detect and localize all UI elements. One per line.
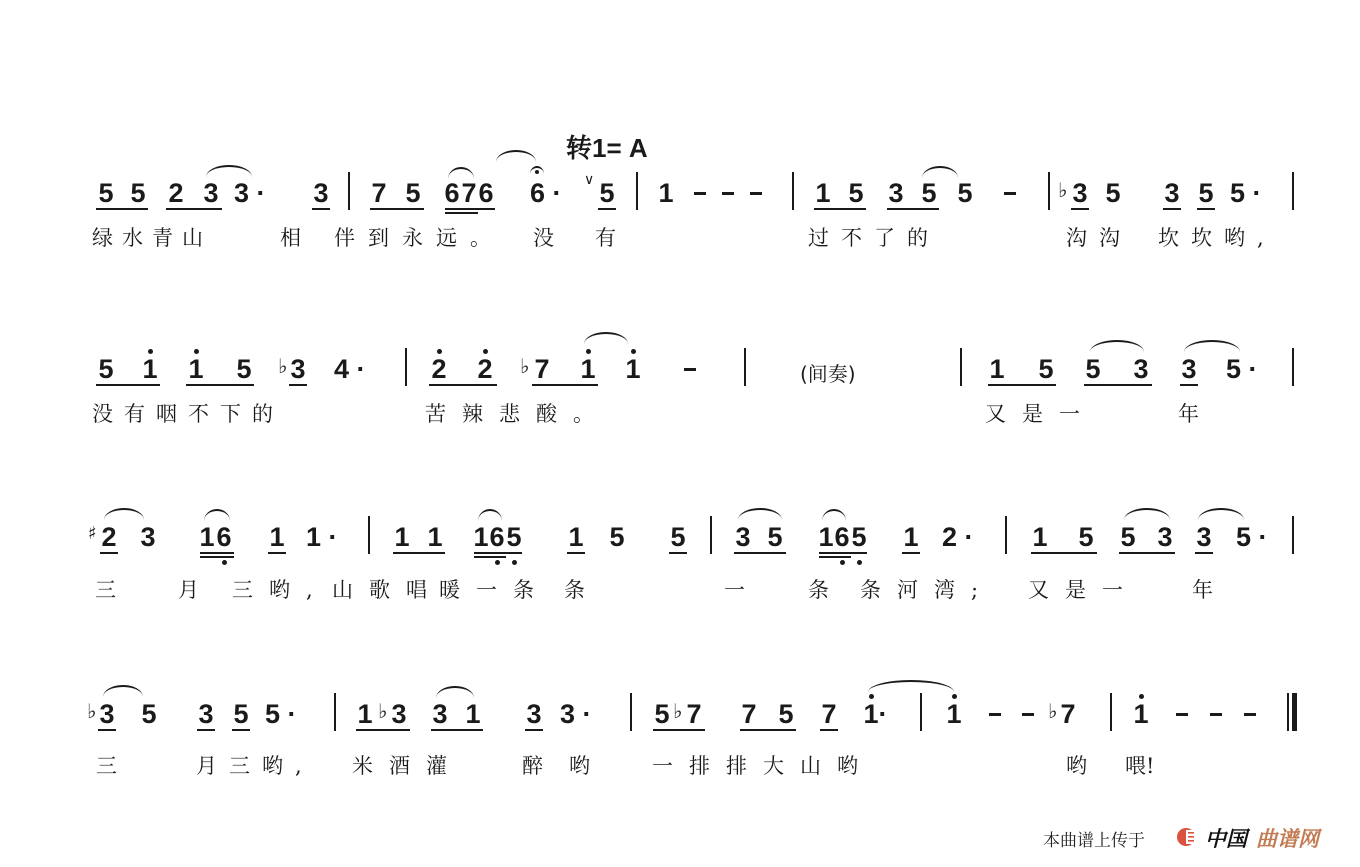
sustain-dash	[1210, 713, 1222, 716]
note: 1	[818, 522, 834, 552]
note: 7	[461, 178, 477, 208]
note: 1	[355, 699, 375, 729]
note: 5	[607, 522, 627, 552]
upload-text: 本曲谱上传于	[1043, 826, 1145, 851]
sustain-dash	[1244, 713, 1256, 716]
lyric: 哟	[1066, 754, 1087, 778]
note: 5	[506, 522, 522, 552]
lyric: 山歌唱	[332, 578, 443, 602]
note: 1	[199, 522, 215, 552]
sustain-dash	[1176, 713, 1188, 716]
lyric: 暖一条	[439, 578, 550, 602]
lyric: 过不了的	[808, 226, 940, 250]
note: 1	[566, 522, 586, 552]
note: 3	[1070, 178, 1090, 208]
slur	[496, 150, 536, 162]
flat-icon: ♭	[1048, 701, 1057, 721]
underline	[819, 552, 867, 554]
lyric: 条	[564, 578, 585, 602]
sustain-dash	[694, 192, 706, 195]
lyric: 醉哟	[522, 754, 616, 778]
underline	[200, 552, 234, 554]
note: 5	[1083, 354, 1103, 384]
barline	[405, 348, 407, 386]
underline	[186, 384, 254, 386]
underline	[474, 556, 506, 558]
site-logo-icon	[1176, 827, 1196, 847]
note: 1	[623, 354, 643, 384]
barline	[1005, 516, 1007, 554]
note: 1	[1030, 522, 1050, 552]
barline	[1292, 516, 1294, 554]
note: 7	[1058, 699, 1078, 729]
lyric: 条河湾;	[860, 578, 994, 602]
note: ·	[876, 699, 890, 729]
note: 1	[578, 354, 598, 384]
lyric: 三	[95, 578, 116, 602]
note: 5	[1036, 354, 1056, 384]
note: 5	[1076, 522, 1096, 552]
underline	[429, 384, 497, 386]
logo-text-site: 曲谱网	[1256, 823, 1319, 853]
barline	[1048, 172, 1050, 210]
high-octave-dot	[631, 349, 636, 354]
underline	[734, 552, 786, 554]
note: 7	[532, 354, 552, 384]
underline	[100, 552, 118, 554]
underline	[1071, 208, 1089, 210]
lyric: 月三哟,	[196, 754, 314, 778]
lyric: 没有咽不下的	[92, 402, 284, 426]
barline	[744, 348, 746, 386]
key-change-label: 转1= A	[566, 128, 648, 165]
note: 5	[846, 178, 866, 208]
underline	[814, 208, 866, 210]
note: 1	[656, 178, 676, 208]
note: 5	[668, 522, 688, 552]
lyric: 苦辣悲酸。	[425, 402, 610, 426]
flat-icon: ♭	[520, 356, 529, 376]
tie	[104, 508, 144, 520]
note: 1	[944, 699, 964, 729]
note: 3	[733, 522, 753, 552]
underline	[669, 552, 687, 554]
lyric: 三	[96, 754, 117, 778]
underline	[96, 208, 148, 210]
underline	[1031, 552, 1097, 554]
note: 5	[1103, 178, 1123, 208]
note: 5	[955, 178, 975, 208]
lyric: 条	[808, 578, 829, 602]
note: 3 ·	[560, 699, 594, 729]
note: 5	[765, 522, 785, 552]
sustain-dash	[989, 713, 1001, 716]
note: 1	[813, 178, 833, 208]
note: 3	[430, 699, 450, 729]
underline	[98, 729, 116, 731]
note: 3	[524, 699, 544, 729]
note: 1 ·	[306, 522, 340, 552]
underline	[598, 208, 616, 210]
tie	[1090, 340, 1144, 352]
barline	[920, 693, 922, 731]
fermata-dot	[535, 170, 539, 174]
note: 7	[369, 178, 389, 208]
note: 3	[1155, 522, 1175, 552]
final-barline-thin	[1287, 693, 1289, 731]
note: 5	[231, 699, 251, 729]
underline	[887, 208, 939, 210]
underline	[1180, 384, 1198, 386]
barline	[792, 172, 794, 210]
barline	[1292, 172, 1294, 210]
note: 3 ·	[234, 178, 268, 208]
note: 5	[597, 178, 617, 208]
lyric: 绿水青山	[92, 226, 212, 250]
note: 1	[186, 354, 206, 384]
note: 1	[392, 522, 412, 552]
barline	[960, 348, 962, 386]
underline	[356, 729, 410, 731]
underline	[232, 729, 250, 731]
note: 3	[1131, 354, 1151, 384]
tie	[1198, 508, 1244, 520]
lyric: 坎坎哟,	[1158, 226, 1276, 250]
underline	[820, 729, 838, 731]
note: 3	[138, 522, 158, 552]
flat-icon: ♭	[1058, 180, 1067, 200]
note: 6	[489, 522, 505, 552]
underline	[532, 384, 598, 386]
final-barline-thick	[1292, 693, 1297, 731]
flat-icon: ♭	[278, 356, 287, 376]
flat-icon: ♭	[673, 701, 682, 721]
note: 5 ·	[1236, 522, 1270, 552]
note: 1	[987, 354, 1007, 384]
lyric: 又是一	[985, 402, 1096, 426]
underline	[289, 384, 307, 386]
tie	[868, 680, 954, 692]
underline	[1119, 552, 1175, 554]
barline	[630, 693, 632, 731]
tie	[436, 686, 474, 698]
note: 5	[1196, 178, 1216, 208]
underline	[431, 729, 483, 731]
underline	[370, 208, 424, 210]
note: 6	[478, 178, 494, 208]
note: 2	[475, 354, 495, 384]
interlude-label: (间奏)	[800, 358, 856, 387]
underline	[312, 208, 330, 210]
logo-text-china: 中国	[1205, 823, 1247, 853]
high-octave-dot	[1139, 694, 1144, 699]
note: 1	[901, 522, 921, 552]
note: 2 ·	[942, 522, 976, 552]
sustain-dash	[1004, 192, 1016, 195]
low-octave-dot	[495, 560, 500, 565]
underline	[1197, 208, 1215, 210]
underline	[988, 384, 1056, 386]
low-octave-dot	[222, 560, 227, 565]
note: 1	[425, 522, 445, 552]
underline	[740, 729, 796, 731]
note: 3	[1162, 178, 1182, 208]
high-octave-dot	[869, 694, 874, 699]
underline	[1084, 384, 1152, 386]
tie	[822, 509, 846, 521]
barline	[334, 693, 336, 731]
tie	[584, 332, 628, 344]
note: 7	[739, 699, 759, 729]
note: 1	[473, 522, 489, 552]
note: 1	[267, 522, 287, 552]
tie	[922, 166, 958, 178]
high-octave-dot	[952, 694, 957, 699]
note: 3	[97, 699, 117, 729]
lyric: 米酒灌	[352, 754, 463, 778]
note: 5	[403, 178, 423, 208]
barline	[1110, 693, 1112, 731]
underline	[268, 552, 286, 554]
tie	[103, 685, 143, 697]
low-octave-dot	[840, 560, 845, 565]
high-octave-dot	[148, 349, 153, 354]
sustain-dash	[1022, 713, 1034, 716]
sustain-dash	[722, 192, 734, 195]
underline	[653, 729, 705, 731]
tie	[738, 508, 782, 520]
lyric: 沟沟	[1066, 226, 1132, 250]
note: 2	[166, 178, 186, 208]
tie	[478, 509, 502, 521]
note: 5 ·	[1226, 354, 1260, 384]
tie	[206, 165, 252, 177]
high-octave-dot	[194, 349, 199, 354]
note: 1	[463, 699, 483, 729]
note: 5	[1118, 522, 1138, 552]
flat-icon: ♭	[378, 701, 387, 721]
barline	[1292, 348, 1294, 386]
underline	[96, 384, 160, 386]
underline	[525, 729, 543, 731]
lyric: 相	[280, 226, 301, 250]
underline	[200, 556, 234, 558]
tie	[1124, 508, 1170, 520]
sustain-dash	[684, 368, 696, 371]
note: 1	[1131, 699, 1151, 729]
note: 5	[919, 178, 939, 208]
note: 3	[389, 699, 409, 729]
note: 5	[139, 699, 159, 729]
underline	[393, 552, 445, 554]
note: 3	[1194, 522, 1214, 552]
note: 2	[99, 522, 119, 552]
barline	[710, 516, 712, 554]
barline	[636, 172, 638, 210]
lyric: 年	[1192, 578, 1213, 602]
lyric: 又是一	[1028, 578, 1139, 602]
note: 5	[96, 178, 116, 208]
note: 5	[851, 522, 867, 552]
note: 5	[96, 354, 116, 384]
note: 5	[776, 699, 796, 729]
note: 2	[429, 354, 449, 384]
tie	[1184, 340, 1240, 352]
underline	[445, 212, 478, 214]
barline	[368, 516, 370, 554]
flat-icon: ♭	[87, 701, 96, 721]
high-octave-dot	[437, 349, 442, 354]
low-octave-dot	[512, 560, 517, 565]
note: 5	[234, 354, 254, 384]
note: 5 ·	[265, 699, 299, 729]
lyric: 有	[595, 226, 616, 250]
underline	[197, 729, 215, 731]
note: 1	[140, 354, 160, 384]
lyric: 三哟,	[232, 578, 329, 602]
underline	[1163, 208, 1181, 210]
note: 5	[128, 178, 148, 208]
lyric: 月	[178, 578, 199, 602]
note: 6	[834, 522, 850, 552]
lyric: 没	[533, 226, 554, 250]
note: 6 ·	[530, 178, 564, 208]
note: 3	[201, 178, 221, 208]
note: 7	[684, 699, 704, 729]
note: 5 ·	[1230, 178, 1264, 208]
note: 6	[444, 178, 460, 208]
note: 3	[288, 354, 308, 384]
note: 7	[819, 699, 839, 729]
sharp-icon: ♯	[88, 524, 97, 544]
note: 6	[216, 522, 232, 552]
breath-mark-icon: ∨	[584, 172, 594, 188]
note: 3	[886, 178, 906, 208]
note: 4 ·	[334, 354, 368, 384]
underline	[1195, 552, 1213, 554]
underline	[445, 208, 495, 210]
note: 3	[311, 178, 331, 208]
underline	[567, 552, 585, 554]
lyric: 年	[1178, 402, 1199, 426]
lyric: 喂!	[1125, 754, 1154, 778]
underline	[474, 552, 522, 554]
high-octave-dot	[483, 349, 488, 354]
barline	[348, 172, 350, 210]
tie	[204, 509, 230, 521]
low-octave-dot	[857, 560, 862, 565]
note: 3	[1179, 354, 1199, 384]
high-octave-dot	[586, 349, 591, 354]
lyric: 一	[724, 578, 745, 602]
sustain-dash	[750, 192, 762, 195]
underline	[166, 208, 222, 210]
lyric: 一排排大山哟	[652, 754, 874, 778]
lyric: 伴到永远。	[334, 226, 504, 250]
underline	[902, 552, 920, 554]
tie	[448, 167, 474, 179]
note: 3	[196, 699, 216, 729]
note: 5	[652, 699, 672, 729]
underline	[819, 556, 851, 558]
